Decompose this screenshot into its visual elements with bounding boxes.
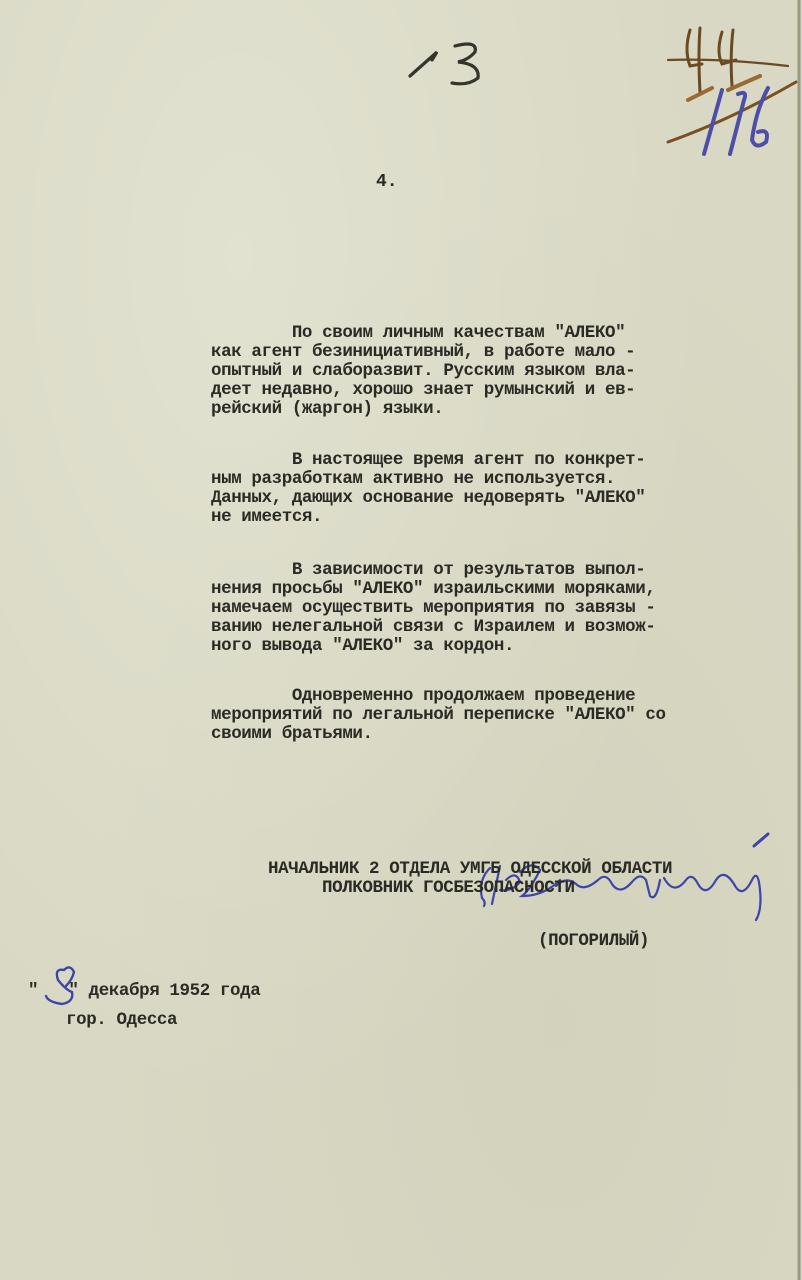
text-line: своими братьями. xyxy=(211,725,666,744)
signature-title-line-1: НАЧАЛЬНИК 2 ОТДЕЛА УМГБ ОДЕССКОЙ ОБЛАСТИ xyxy=(268,860,672,879)
text-line: Одновременно продолжаем проведение xyxy=(211,687,666,706)
text-line: нения просьбы "АЛЕКО" израильскими моряк… xyxy=(211,580,655,599)
text-line: ного вывода "АЛЕКО" за кордон. xyxy=(211,637,655,656)
text-line: В зависимости от результатов выпол- xyxy=(211,561,655,580)
signature-title-line-2: ПОЛКОВНИК ГОСБЕЗОПАСНОСТИ xyxy=(322,879,575,898)
text-line: деет недавно, хорошо знает румынский и е… xyxy=(211,381,635,400)
page-number: 4. xyxy=(376,172,398,192)
text-line: ным разработкам активно не используется. xyxy=(211,470,645,489)
text-line: По своим личным качествам "АЛЕКО" xyxy=(211,324,635,343)
paragraph-current-use: В настоящее время агент по конкрет-ным р… xyxy=(211,451,645,527)
text-line: не имеется. xyxy=(211,508,645,527)
page-edge xyxy=(797,0,802,1280)
paragraph-agent-qualities: По своим личным качествам "АЛЕКО"как аге… xyxy=(211,324,635,419)
document-place: гор. Одесса xyxy=(66,1011,177,1030)
text-line: рейский (жаргон) языки. xyxy=(211,400,635,419)
text-line: Данных, дающих основание недоверять "АЛЕ… xyxy=(211,489,645,508)
text-line: опытный и слаборазвит. Русским языком вл… xyxy=(211,362,635,381)
paragraph-planned-measures: В зависимости от результатов выпол-нения… xyxy=(211,561,655,656)
text-line: В настоящее время агент по конкрет- xyxy=(211,451,645,470)
text-line: мероприятий по легальной переписке "АЛЕК… xyxy=(211,706,666,725)
document-date: " " декабря 1952 года xyxy=(28,982,260,1001)
paragraph-correspondence: Одновременно продолжаем проведениемеропр… xyxy=(211,687,666,744)
text-line: ванию нелегальной связи с Израилем и воз… xyxy=(211,618,655,637)
text-line: как агент безинициативный, в работе мало… xyxy=(211,343,635,362)
text-line: намечаем осуществить мероприятия по завя… xyxy=(211,599,655,618)
signatory-name: (ПОГОРИЛЫЙ) xyxy=(538,932,649,951)
